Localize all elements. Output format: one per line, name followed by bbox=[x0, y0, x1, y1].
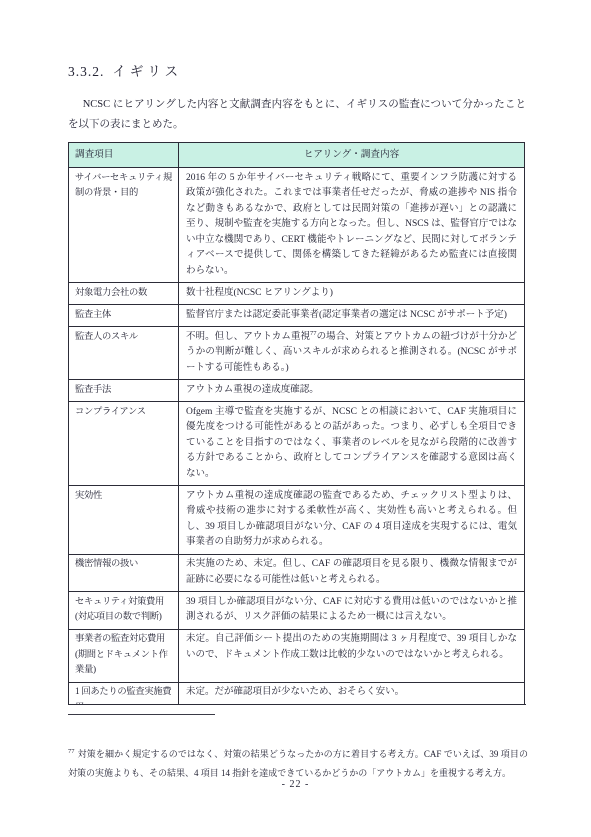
table-row: 監査人のスキル不明。但し、アウトカム重視77の場合、対策とアウトカムの紐づけが十… bbox=[69, 327, 525, 380]
table-row: 監査手法アウトカム重視の達成度確認。 bbox=[69, 380, 525, 402]
survey-item-cell: 監査主体 bbox=[69, 305, 179, 327]
survey-item-cell: 機密情報の扱い bbox=[69, 554, 179, 592]
survey-content-cell: 数十社程度(NCSC ヒアリングより) bbox=[179, 283, 525, 305]
survey-item-cell: 実効性 bbox=[69, 486, 179, 555]
survey-item-cell: 1 回あたりの監査実施費用 bbox=[69, 682, 179, 705]
audit-table-body: サイバーセキュリティ規制の背景・目的2016 年の 5 か年サイバーセキュリティ… bbox=[69, 168, 525, 706]
audit-survey-table: 調査項目 ヒアリング・調査内容 サイバーセキュリティ規制の背景・目的2016 年… bbox=[68, 142, 525, 705]
survey-item-cell: 対象電力会社の数 bbox=[69, 283, 179, 305]
survey-content-cell: 不明。但し、アウトカム重視77の場合、対策とアウトカムの紐づけが十分かどうかの判… bbox=[179, 327, 525, 380]
footnote-separator bbox=[68, 714, 215, 715]
survey-content-cell: 2016 年の 5 か年サイバーセキュリティ戦略にて、重要インフラ防護に対する政… bbox=[179, 168, 525, 283]
document-page: 3.3.2.イギリス NCSC にヒアリングした内容と文献調査内容をもとに、イギ… bbox=[0, 0, 591, 837]
section-title: イギリス bbox=[112, 64, 182, 79]
header-cell-hearing-content: ヒアリング・調査内容 bbox=[179, 143, 525, 168]
footnote-text: 対策を細かく規定するのではなく、対策の結果どうなったかの方に着目する考え方。CA… bbox=[68, 749, 528, 778]
survey-content-cell: 未定。だが確認項目が少ないため、おそらく安い。 bbox=[179, 682, 525, 705]
survey-content-cell: アウトカム重視の達成度確認。 bbox=[179, 380, 525, 402]
table-row: 対象電力会社の数数十社程度(NCSC ヒアリングより) bbox=[69, 283, 525, 305]
table-row: 監査主体監督官庁または認定委託事業者(認定事業者の選定は NCSC がサポート予… bbox=[69, 305, 525, 327]
table-row: サイバーセキュリティ規制の背景・目的2016 年の 5 か年サイバーセキュリティ… bbox=[69, 168, 525, 283]
survey-content-cell: アウトカム重視の達成度確認の監査であるため、チェックリスト型よりは、脅威や技術の… bbox=[179, 486, 525, 555]
table-row: 実効性アウトカム重視の達成度確認の監査であるため、チェックリスト型よりは、脅威や… bbox=[69, 486, 525, 555]
survey-content-cell: 未定。自己評価シート提出のための実施期間は 3 ヶ月程度で、39 項目しかないの… bbox=[179, 629, 525, 682]
table-row: 機密情報の扱い未実施のため、未定。但し、CAF の確認項目を見る限り、機微な情報… bbox=[69, 554, 525, 592]
survey-item-cell: 監査人のスキル bbox=[69, 327, 179, 380]
survey-item-cell: コンプライアンス bbox=[69, 402, 179, 486]
survey-content-cell: Ofgem 主導で監査を実施するが、NCSC との相談において、CAF 実施項目… bbox=[179, 402, 525, 486]
table-row: セキュリティ対策費用(対応項目の数で判断)39 項目しか確認項目がない分、CAF… bbox=[69, 592, 525, 630]
survey-table-container: 調査項目 ヒアリング・調査内容 サイバーセキュリティ規制の背景・目的2016 年… bbox=[68, 142, 526, 705]
footnote: 77対策を細かく規定するのではなく、対策の結果どうなったかの方に着目する考え方。… bbox=[68, 745, 528, 782]
survey-item-cell: 事業者の監査対応費用(期間とドキュメント作業量) bbox=[69, 629, 179, 682]
survey-content-cell: 39 項目しか確認項目がない分、CAF に対応する費用は低いのではないかと推測さ… bbox=[179, 592, 525, 630]
survey-item-cell: セキュリティ対策費用(対応項目の数で判断) bbox=[69, 592, 179, 630]
table-row: 1 回あたりの監査実施費用未定。だが確認項目が少ないため、おそらく安い。 bbox=[69, 682, 525, 705]
survey-content-cell: 未実施のため、未定。但し、CAF の確認項目を見る限り、機微な情報までが証跡に必… bbox=[179, 554, 525, 592]
footnote-ref: 77 bbox=[310, 329, 317, 336]
page-number: - 22 - bbox=[0, 779, 591, 790]
section-number: 3.3.2. bbox=[68, 64, 104, 79]
table-header-row: 調査項目 ヒアリング・調査内容 bbox=[69, 143, 525, 168]
table-row: コンプライアンスOfgem 主導で監査を実施するが、NCSC との相談において、… bbox=[69, 402, 525, 486]
footnote-marker: 77 bbox=[68, 748, 75, 755]
header-cell-survey-item: 調査項目 bbox=[69, 143, 179, 168]
survey-content-cell: 監督官庁または認定委託事業者(認定事業者の選定は NCSC がサポート予定) bbox=[179, 305, 525, 327]
table-row: 事業者の監査対応費用(期間とドキュメント作業量)未定。自己評価シート提出のための… bbox=[69, 629, 525, 682]
intro-paragraph: NCSC にヒアリングした内容と文献調査内容をもとに、イギリスの監査について分か… bbox=[68, 95, 526, 135]
survey-item-cell: サイバーセキュリティ規制の背景・目的 bbox=[69, 168, 179, 283]
section-heading: 3.3.2.イギリス bbox=[68, 60, 182, 80]
survey-item-cell: 監査手法 bbox=[69, 380, 179, 402]
